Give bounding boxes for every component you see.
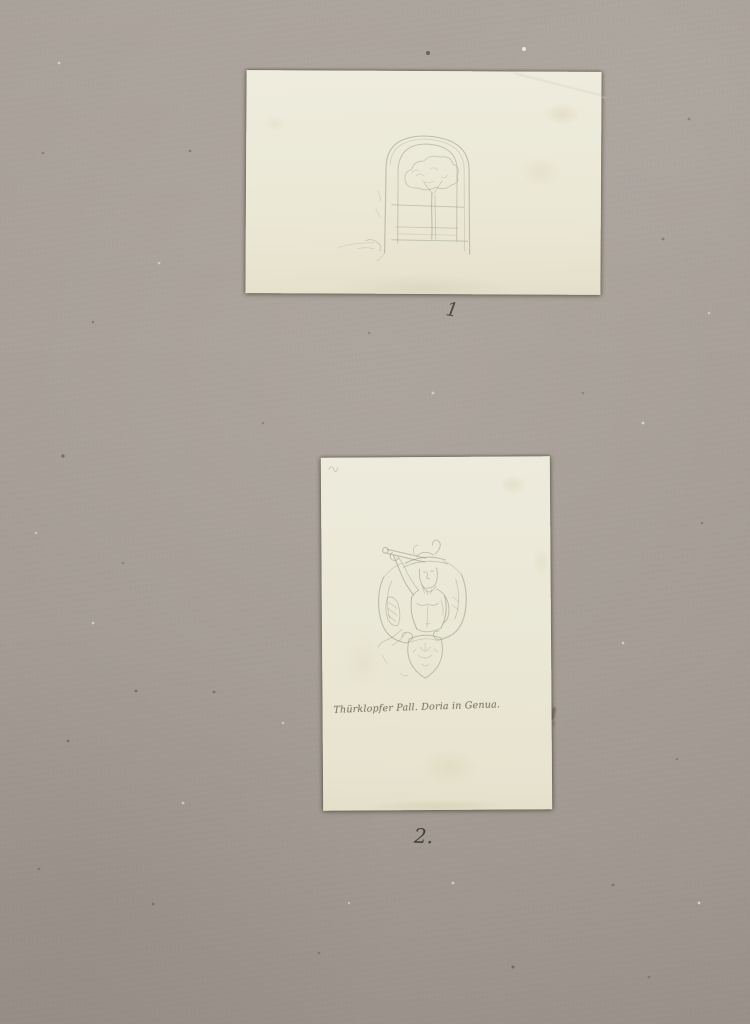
- mounted-sketch-sheet-2: Thürklopfer Pall. Doria in Genua.: [321, 456, 552, 811]
- figure-number-2: 2.: [414, 824, 434, 849]
- smudge-mark-small: [552, 721, 555, 726]
- dark-speckles: [0, 0, 2, 2]
- figure-number-1: 1: [444, 298, 459, 322]
- arched-gateway-sketch: [245, 70, 601, 295]
- album-page: 1: [0, 0, 750, 1024]
- light-speckles: [0, 0, 2, 2]
- mounted-sketch-sheet-1: [245, 70, 601, 295]
- door-knocker-sketch: [321, 456, 552, 811]
